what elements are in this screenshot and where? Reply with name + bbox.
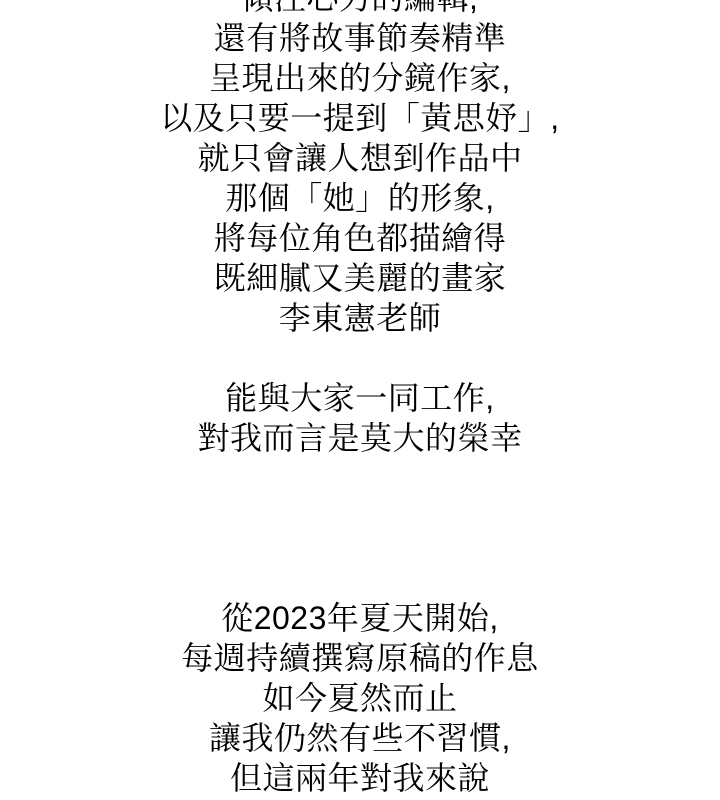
text-line: 對我而言是莫大的榮幸 — [0, 418, 720, 458]
text-line: 將每位角色都描繪得 — [0, 218, 720, 258]
text-line: 每週持續撰寫原稿的作息 — [0, 638, 720, 678]
text-line: 還有將故事節奏精準 — [0, 18, 720, 58]
text-line: 但這兩年對我來說 — [0, 758, 720, 798]
text-line: 如今夏然而止 — [0, 678, 720, 718]
afterword-paragraph-top: 傾注心力的編輯, 還有將故事節奏精準 呈現出來的分鏡作家, 以及只要一提到「黃思… — [0, 0, 720, 458]
text-line: 從2023年夏天開始, — [0, 598, 720, 638]
text-line: 既細膩又美麗的畫家 — [0, 258, 720, 298]
text-line: 那個「她」的形象, — [0, 178, 720, 218]
text-line-blank — [0, 338, 720, 378]
afterword-paragraph-bottom: 從2023年夏天開始, 每週持續撰寫原稿的作息 如今夏然而止 讓我仍然有些不習慣… — [0, 598, 720, 798]
text-line-artist-name: 李東憲老師 — [0, 298, 720, 338]
text-line: 讓我仍然有些不習慣, — [0, 718, 720, 758]
text-line-cutoff: 傾注心力的編輯, — [0, 0, 720, 18]
text-line: 就只會讓人想到作品中 — [0, 138, 720, 178]
text-line: 能與大家一同工作, — [0, 378, 720, 418]
text-line: 呈現出來的分鏡作家, — [0, 58, 720, 98]
afterword-page: 傾注心力的編輯, 還有將故事節奏精準 呈現出來的分鏡作家, 以及只要一提到「黃思… — [0, 0, 720, 800]
text-line: 以及只要一提到「黃思妤」, — [0, 98, 720, 138]
